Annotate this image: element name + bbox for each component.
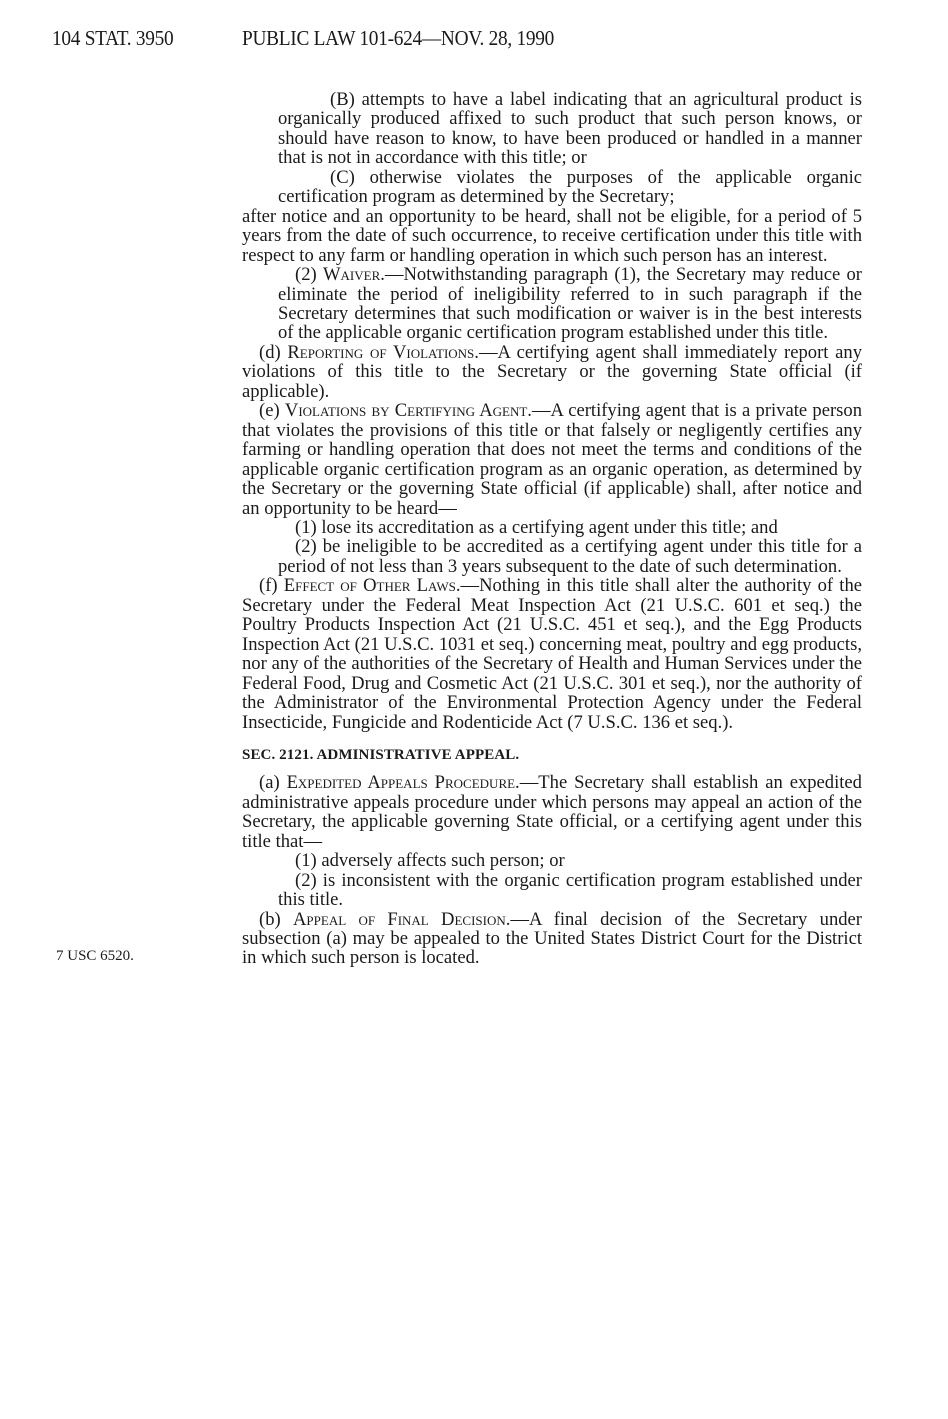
sec-a-heading: Expedited Appeals Procedure.	[287, 772, 520, 793]
section-subsection-b: (b) Appeal of Final Decision.—A final de…	[242, 910, 862, 968]
waiver-heading: Waiver.	[323, 264, 385, 285]
subsection-d-heading: Reporting of Violations.	[287, 342, 479, 363]
subsection-d: (d) Reporting of Violations.—A certifyin…	[242, 343, 862, 401]
sec-a-item-1: (1) adversely affects such person; or	[242, 851, 862, 870]
sec-b-number: (b)	[259, 909, 293, 930]
sec-b-heading: Appeal of Final Decision.	[293, 909, 510, 930]
waiver-number: (2)	[295, 264, 323, 285]
subsection-e-number: (e)	[259, 400, 285, 421]
sec-a-item-2: (2) is inconsistent with the organic cer…	[242, 871, 862, 910]
sec-a-number: (a)	[259, 772, 287, 793]
paragraph-waiver: (2) Waiver.—Notwithstanding paragraph (1…	[242, 265, 862, 343]
subsection-e-item-2: (2) be ineligible to be accredited as a …	[242, 537, 862, 576]
subsection-e-item-1: (1) lose its accreditation as a certifyi…	[242, 518, 862, 537]
stat-page-number: 104 STAT. 3950	[52, 26, 173, 51]
usc-margin-note: 7 USC 6520.	[56, 948, 134, 965]
subsection-d-number: (d)	[259, 342, 287, 363]
subsection-e-heading: Violations by Certifying Agent.	[285, 400, 532, 421]
paragraph-B: (B) attempts to have a label indicating …	[242, 90, 862, 168]
subsection-f-heading: Effect of Other Laws.	[284, 575, 461, 596]
subsection-f: (f) Effect of Other Laws.—Nothing in thi…	[242, 576, 862, 732]
paragraph-after-C: after notice and an opportunity to be he…	[242, 207, 862, 265]
subsection-e: (e) Violations by Certifying Agent.—A ce…	[242, 401, 862, 518]
section-subsection-a: (a) Expedited Appeals Procedure.—The Sec…	[242, 773, 862, 851]
subsection-f-text: —Nothing in this title shall alter the a…	[242, 575, 862, 732]
subsection-f-number: (f)	[259, 575, 284, 596]
section-heading: SEC. 2121. ADMINISTRATIVE APPEAL.	[242, 746, 862, 765]
law-citation-header: PUBLIC LAW 101-624—NOV. 28, 1990	[242, 26, 554, 51]
body-column: (B) attempts to have a label indicating …	[242, 90, 862, 968]
paragraph-C: (C) otherwise violates the purposes of t…	[242, 168, 862, 207]
